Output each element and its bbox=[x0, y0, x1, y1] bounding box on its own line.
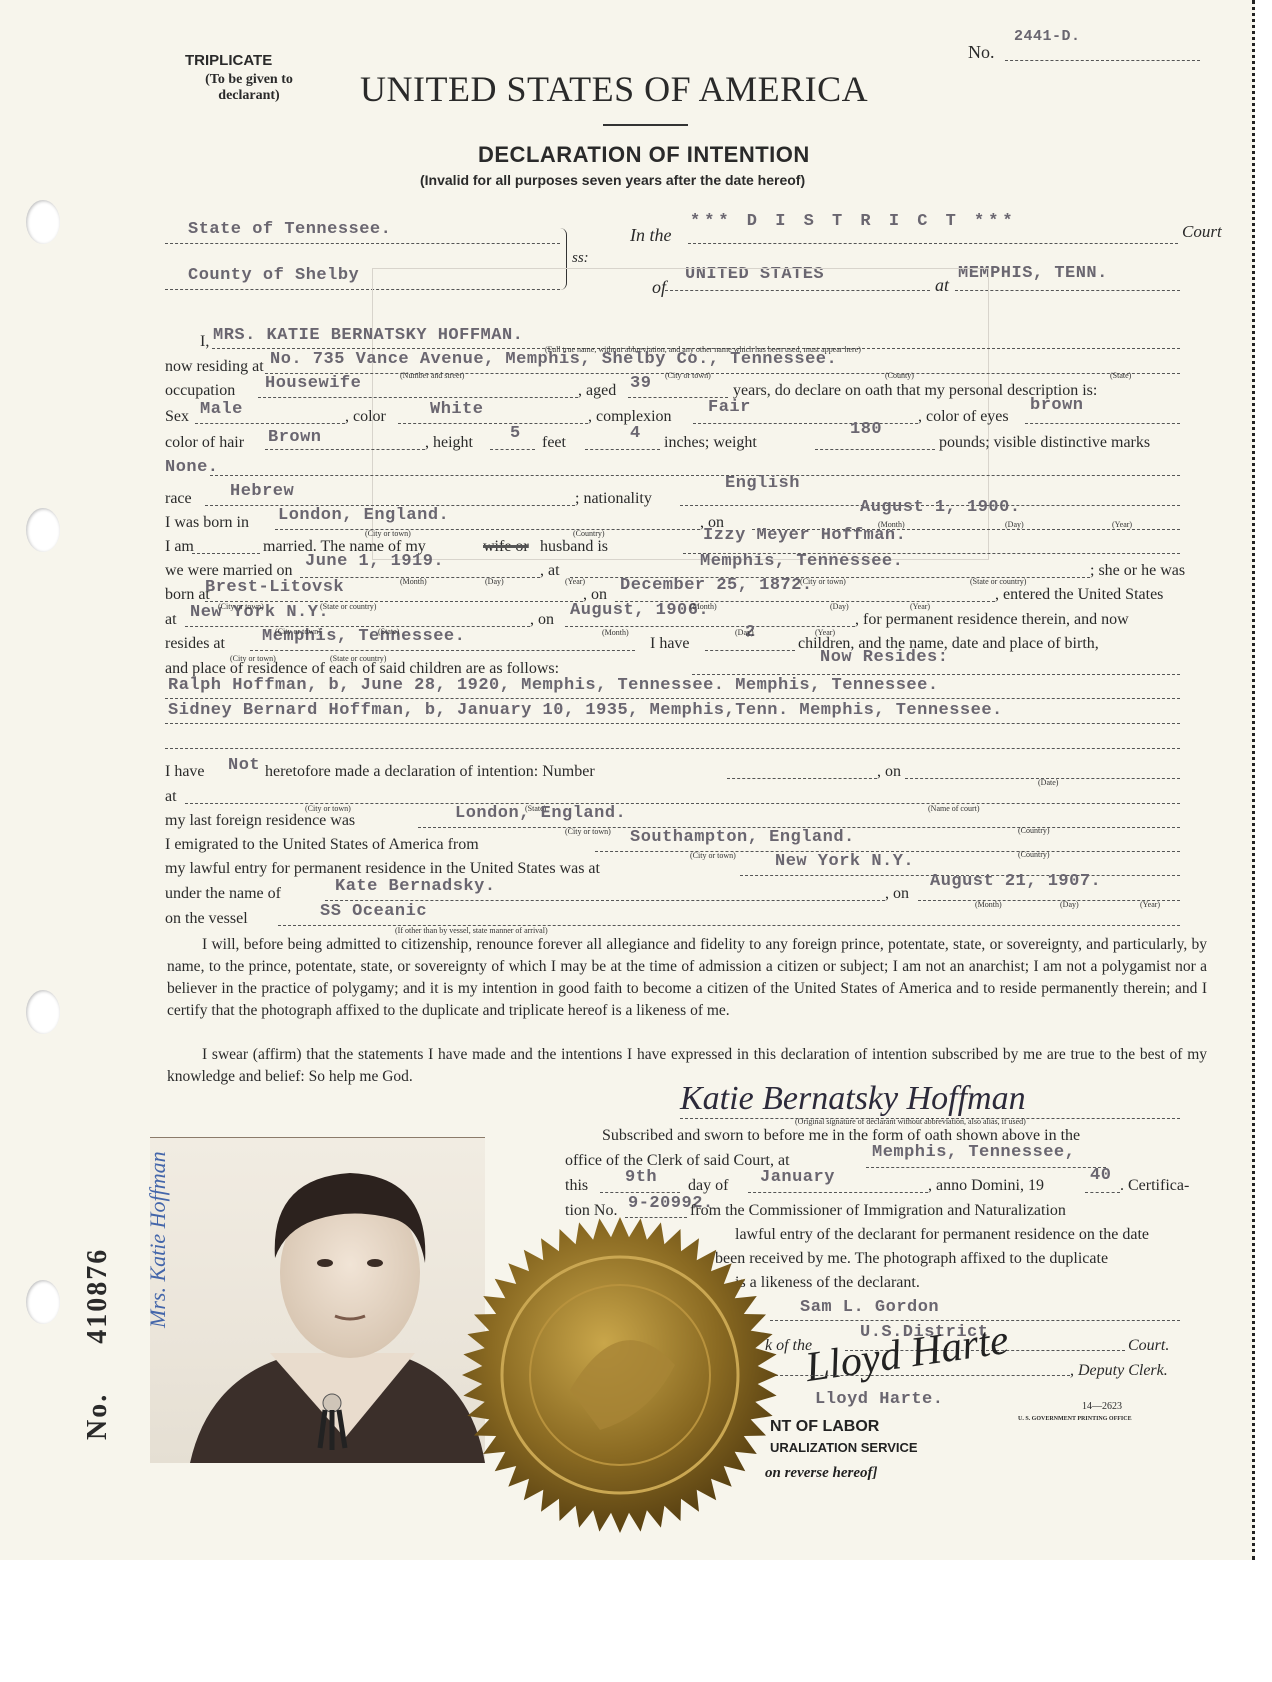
office-place: Memphis, Tennessee, bbox=[872, 1143, 1075, 1162]
hair-color: Brown bbox=[268, 428, 322, 447]
spouse-entry-date: August, 1906. bbox=[570, 601, 709, 620]
serial-number: No. 410876 bbox=[82, 1248, 114, 1440]
nationality: English bbox=[725, 474, 800, 493]
photo-margin-signature: Mrs. Katie Hoffman bbox=[145, 1151, 171, 1328]
sworn-year: 40 bbox=[1090, 1166, 1111, 1185]
title-rule bbox=[603, 124, 688, 126]
height-feet: 5 bbox=[510, 424, 521, 443]
portrait-icon bbox=[150, 1138, 485, 1463]
vessel: SS Oceanic bbox=[320, 902, 427, 921]
now-resides-header: Now Resides: bbox=[820, 648, 948, 667]
emigrated-from: Southampton, England. bbox=[630, 828, 855, 847]
venue-state: State of Tennessee. bbox=[188, 220, 391, 239]
clerk-name: Sam L. Gordon bbox=[800, 1298, 939, 1317]
spouse-name: Izzy Meyer Hoffman. bbox=[703, 526, 906, 545]
service-label: URALIZATION SERVICE bbox=[770, 1440, 918, 1455]
department-label: NT OF LABOR bbox=[770, 1418, 879, 1436]
entry-name: Kate Bernadsky. bbox=[335, 877, 496, 896]
document-title: UNITED STATES OF AMERICA bbox=[360, 68, 868, 110]
marriage-place: Memphis, Tennessee. bbox=[700, 552, 903, 571]
form-number-label: No. bbox=[968, 42, 995, 63]
punch-hole bbox=[26, 200, 60, 244]
race: Hebrew bbox=[230, 482, 294, 501]
declarant-photo: Mrs. Katie Hoffman bbox=[150, 1137, 485, 1463]
height-inches: 4 bbox=[630, 424, 641, 443]
gold-seal-icon bbox=[460, 1215, 780, 1535]
declarant-name: MRS. KATIE BERNATSKY HOFFMAN. bbox=[213, 326, 523, 345]
copy-note: (To be given to declarant) bbox=[186, 72, 312, 104]
reverse-note: on reverse hereof] bbox=[765, 1465, 877, 1482]
birth-date: August 1, 1900. bbox=[860, 498, 1021, 517]
document-subtitle: DECLARATION OF INTENTION bbox=[478, 142, 810, 168]
renounce-paragraph: I will, before being admitted to citizen… bbox=[167, 934, 1207, 1022]
form-code: 14—2623 bbox=[1082, 1401, 1122, 1412]
complexion: Fair bbox=[708, 398, 751, 417]
entry-date: August 21, 1907. bbox=[930, 872, 1101, 891]
eye-color: brown bbox=[1030, 396, 1084, 415]
punch-hole bbox=[26, 990, 60, 1034]
address: No. 735 Vance Avenue, Memphis, Shelby Co… bbox=[270, 350, 837, 369]
printing-office: U. S. GOVERNMENT PRINTING OFFICE bbox=[1018, 1416, 1132, 1422]
ss-label: ss: bbox=[572, 250, 589, 267]
occupation: Housewife bbox=[265, 374, 361, 393]
spouse-birth-date: December 25, 1872. bbox=[620, 576, 813, 595]
form-number-value: 2441-D. bbox=[1014, 28, 1081, 45]
struck-wife-or: wife or bbox=[483, 538, 529, 556]
child-entry: Sidney Bernard Hoffman, b, January 10, 1… bbox=[168, 701, 1003, 720]
entry-place: New York N.Y. bbox=[775, 852, 914, 871]
child-entry: Ralph Hoffman, b, June 28, 1920, Memphis… bbox=[168, 676, 939, 695]
age: 39 bbox=[630, 374, 651, 393]
weight: 180 bbox=[850, 420, 882, 439]
punch-hole bbox=[26, 1280, 60, 1324]
spouse-birthplace: Brest-Litovsk bbox=[205, 578, 344, 597]
validity-note: (Invalid for all purposes seven years af… bbox=[420, 172, 805, 188]
court-type: *** D I S T R I C T *** bbox=[690, 212, 1017, 231]
birthplace: London, England. bbox=[278, 506, 449, 525]
venue-county: County of Shelby bbox=[188, 266, 359, 285]
prior-declaration: Not bbox=[228, 756, 260, 775]
copy-type: TRIPLICATE bbox=[185, 52, 272, 69]
document-page: TRIPLICATE (To be given to declarant) 24… bbox=[0, 0, 1255, 1560]
sex: Male bbox=[200, 400, 243, 419]
sworn-month: January bbox=[760, 1168, 835, 1187]
deputy-typed: Lloyd Harte. bbox=[815, 1390, 943, 1409]
marriage-date: June 1, 1919. bbox=[305, 552, 444, 571]
punch-hole bbox=[26, 508, 60, 552]
last-foreign-residence: London, England. bbox=[455, 804, 626, 823]
color: White bbox=[430, 400, 484, 419]
declarant-signature: Katie Bernatsky Hoffman bbox=[680, 1080, 1026, 1118]
sworn-day: 9th bbox=[625, 1168, 657, 1187]
